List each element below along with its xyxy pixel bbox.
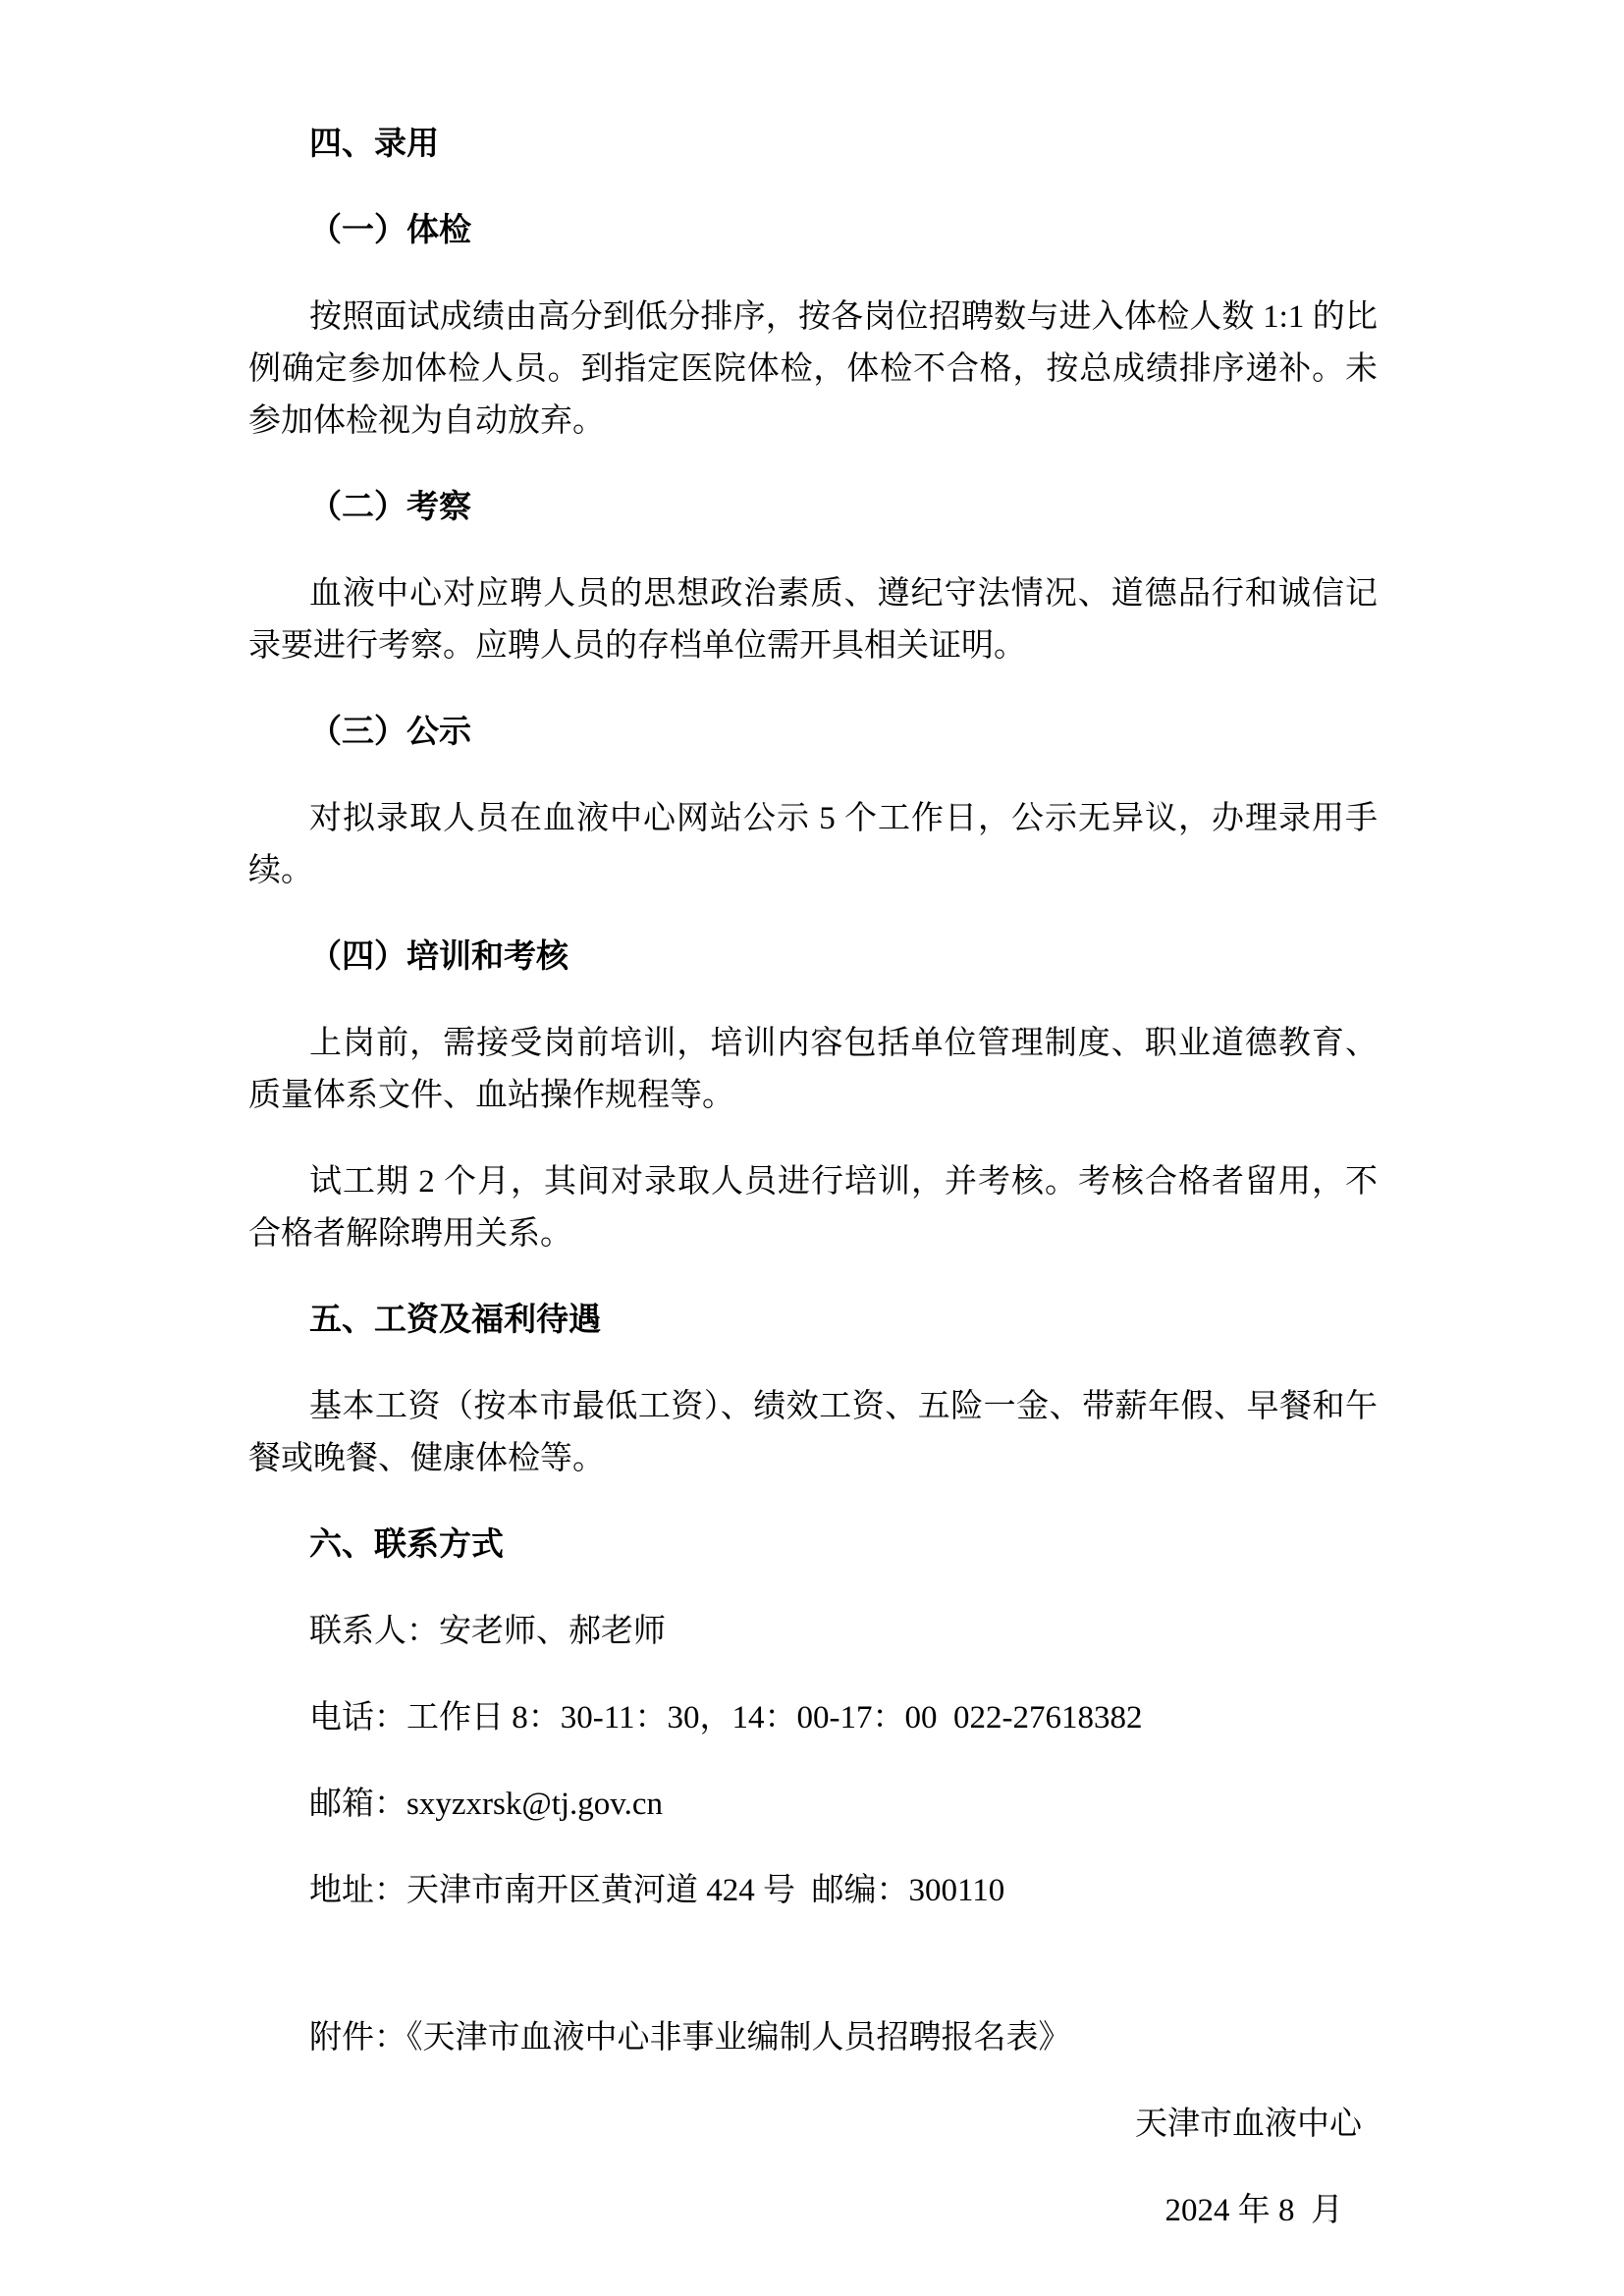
attachment-line: 附件：《天津市血液中心非事业编制人员招聘报名表》 <box>248 2012 1378 2064</box>
heading-4-2-inspection: （二）考察 <box>248 482 1378 534</box>
paragraph-publicity: 对拟录取人员在血液中心网站公示 5 个工作日，公示无异议，办理录用手续。 <box>248 793 1378 897</box>
paragraph-probation: 试工期 2 个月，其间对录取人员进行培训，并考核。考核合格者留用，不合格者解除聘… <box>248 1156 1378 1260</box>
contact-email-line: 邮箱：sxyzxrsk@tj.gov.cn <box>248 1779 1378 1831</box>
contact-phone-line: 电话：工作日 8：30-11：30，14：00-17：00 022-276183… <box>248 1692 1378 1744</box>
paragraph-training: 上岗前，需接受岗前培训，培训内容包括单位管理制度、职业道德教育、质量体系文件、血… <box>248 1018 1378 1122</box>
paragraph-physical-exam: 按照面试成绩由高分到低分排序，按各岗位招聘数与进入体检人数 1:1 的比例确定参… <box>248 292 1378 448</box>
heading-4-4-training-assessment: （四）培训和考核 <box>248 932 1378 984</box>
signature-org: 天津市血液中心 <box>248 2099 1378 2151</box>
paragraph-salary-benefits: 基本工资（按本市最低工资）、绩效工资、五险一金、带薪年假、早餐和午餐或晚餐、健康… <box>248 1381 1378 1485</box>
heading-section-6-contact: 六、联系方式 <box>248 1520 1378 1572</box>
contact-person-line: 联系人：安老师、郝老师 <box>248 1606 1378 1658</box>
heading-4-1-physical-exam: （一）体检 <box>248 205 1378 257</box>
signature-date: 2024 年 8 月 <box>248 2185 1378 2237</box>
heading-section-5-salary-benefits: 五、工资及福利待遇 <box>248 1295 1378 1347</box>
contact-address-line: 地址：天津市南开区黄河道 424 号 邮编：300110 <box>248 1865 1378 1917</box>
heading-section-4-employment: 四、录用 <box>248 119 1378 171</box>
document-page: 四、录用 （一）体检 按照面试成绩由高分到低分排序，按各岗位招聘数与进入体检人数… <box>0 0 1624 2296</box>
heading-4-3-publicity: （三）公示 <box>248 707 1378 759</box>
paragraph-inspection: 血液中心对应聘人员的思想政治素质、遵纪守法情况、道德品行和诚信记录要进行考察。应… <box>248 568 1378 672</box>
